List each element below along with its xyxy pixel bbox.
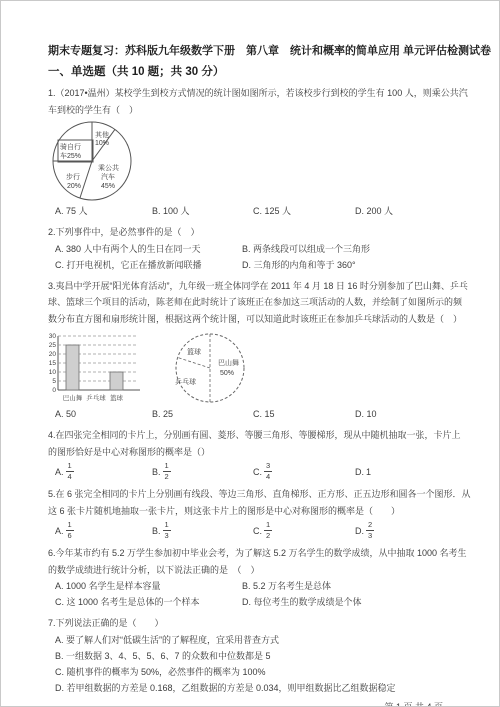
pie-slice-label: 巴山舞 bbox=[218, 358, 239, 367]
option-d: D. 200 人 bbox=[355, 203, 393, 219]
pie-slice-label: 步行 bbox=[66, 172, 80, 181]
question-3: 3.夷昌中学开展“阳光体育活动”，九年级一班全体同学在 2011 年 4 月 1… bbox=[48, 278, 465, 423]
fraction-numerator: 1 bbox=[66, 521, 74, 531]
option-c: C. 12 bbox=[253, 521, 355, 540]
option-label: A. bbox=[55, 522, 64, 540]
option-label: D. bbox=[355, 463, 364, 481]
option-c: C. 随机事件的概率为 50%，必然事件的概率为 100% bbox=[48, 664, 465, 680]
question-7-options: A. 要了解人们对“低碳生活”的了解程度，宜采用普查方式 B. 一组数据 3、4… bbox=[48, 632, 465, 696]
x-category-label: 乒乓球 bbox=[86, 393, 106, 402]
option-a: A. 75 人 bbox=[55, 203, 152, 219]
option-a: A. 16 bbox=[55, 521, 152, 540]
option-b: B. 12 bbox=[152, 462, 253, 481]
fraction-denominator: 3 bbox=[366, 531, 374, 540]
question-6-text-line: 6.今年某市约有 5.2 万学生参加初中毕业会考，为了解这 5.2 万名学生的数… bbox=[48, 545, 465, 562]
question-3-text-line: 球、篮球三个项目的活动，陈老师在此时统计了该班正在参加这三项活动的人数，并绘制了… bbox=[48, 294, 465, 311]
question-1: 1.（2017•温州）某校学生到校方式情况的统计图如图所示，若该校步行到校的学生… bbox=[48, 85, 465, 219]
fraction-numerator: 1 bbox=[66, 462, 74, 472]
option-c: C. 打开电视机，它正在播放新闻联播 bbox=[55, 257, 242, 273]
question-5-options: A. 16 B. 13 C. 12 D. 23 bbox=[48, 521, 465, 540]
fraction: 34 bbox=[264, 462, 272, 481]
question-3-options: A. 50 B. 25 C. 15 D. 10 bbox=[48, 406, 465, 422]
option-c: C. 34 bbox=[253, 462, 355, 481]
pie-slice-label: 乒乓球 bbox=[175, 377, 196, 386]
y-tick: 10 bbox=[49, 369, 57, 376]
option-b: B. 一组数据 3、4、5、5、6、7 的众数和中位数都是 5 bbox=[48, 648, 465, 664]
x-category-label: 篮球 bbox=[110, 393, 124, 402]
fraction-numerator: 2 bbox=[366, 521, 374, 531]
doc-title: 期末专题复习：苏科版九年级数学下册 第八章 统计和概率的简单应用 单元评估检测试… bbox=[48, 43, 465, 59]
pie-slice-value: 45% bbox=[101, 183, 115, 190]
question-7-text-line: 7.下列说法正确的是（ ） bbox=[48, 615, 465, 632]
option-d: D. 1 bbox=[355, 463, 371, 481]
fraction-denominator: 4 bbox=[264, 472, 272, 481]
x-category-label: 巴山舞 bbox=[63, 393, 83, 402]
option-c: C. 125 人 bbox=[253, 203, 355, 219]
fraction: 16 bbox=[66, 521, 74, 540]
q3-activity-histogram: 30 25 20 15 10 5 0 巴山舞 乒乓球 篮球 bbox=[38, 332, 146, 404]
question-1-text-line: 1.（2017•温州）某校学生到校方式情况的统计图如图所示，若该校步行到校的学生… bbox=[48, 85, 465, 102]
fraction: 12 bbox=[264, 521, 272, 540]
option-a: A. 50 bbox=[55, 406, 152, 422]
fraction: 12 bbox=[163, 462, 171, 481]
question-2-text-line: 2.下列事件中，是必然事件的是（ ） bbox=[48, 224, 465, 241]
option-d: D. 三角形的内角和等于 360° bbox=[242, 257, 465, 273]
question-4-text-line: 4.在四张完全相同的卡片上，分别画有圆、菱形、等腰三角形、等腰梯形，现从中随机抽… bbox=[48, 427, 465, 444]
question-3-text-line: 数分布直方图和扇形统计图，根据这两个统计图，可以知道此时该班正在参加乒乓球活动的… bbox=[48, 311, 465, 328]
option-d: D. 23 bbox=[355, 521, 374, 540]
y-tick: 20 bbox=[49, 351, 57, 358]
fraction: 14 bbox=[66, 462, 74, 481]
pie-slice-label: 篮球 bbox=[187, 347, 201, 356]
pie-slice-label: 骑自行 bbox=[60, 142, 81, 151]
question-1-text-line: 车到校的学生有（ ） bbox=[48, 102, 465, 119]
option-label: D. bbox=[355, 522, 364, 540]
pie-slice-value: 车25% bbox=[60, 151, 81, 160]
y-tick: 5 bbox=[52, 378, 56, 385]
option-d: D. 每位考生的数学成绩是个体 bbox=[242, 594, 465, 610]
option-value: 1 bbox=[366, 463, 371, 481]
question-3-figures: 30 25 20 15 10 5 0 巴山舞 乒乓球 篮球 篮球 乒乓球 巴山舞… bbox=[38, 330, 465, 406]
option-b: B. 两条线段可以组成一个三角形 bbox=[242, 241, 465, 257]
question-4-options: A. 14 B. 12 C. 34 D. 1 bbox=[48, 462, 465, 481]
option-c: C. 15 bbox=[253, 406, 355, 422]
question-3-text-line: 3.夷昌中学开展“阳光体育活动”，九年级一班全体同学在 2011 年 4 月 1… bbox=[48, 278, 465, 295]
pie-slice-label: 乘公共 bbox=[98, 163, 119, 172]
pie-slice-value: 50% bbox=[220, 370, 234, 377]
option-a: A. 14 bbox=[55, 462, 152, 481]
fraction-numerator: 1 bbox=[163, 462, 171, 472]
y-tick: 25 bbox=[49, 342, 57, 349]
question-6-text-line: 的数学成绩进行统计分析，以下说法正确的是 （ ） bbox=[48, 562, 465, 579]
q1-transport-pie-chart: 其他 10% 骑自行 车25% 步行 20% 乘公共 汽车 45% bbox=[45, 119, 145, 203]
option-label: B. bbox=[152, 463, 161, 481]
page-footer: 第 1 页 共 4 页 bbox=[48, 700, 465, 707]
option-a: A. 要了解人们对“低碳生活”的了解程度，宜采用普查方式 bbox=[48, 632, 465, 648]
bar-bashanwu bbox=[66, 345, 79, 390]
question-6-options: A. 1000 名学生是样本容量 B. 5.2 万名考生是总体 C. 这 100… bbox=[48, 578, 465, 610]
question-2: 2.下列事件中，是必然事件的是（ ） A. 380 人中有两个人的生日在同一天 … bbox=[48, 224, 465, 273]
pie-slice-value: 20% bbox=[67, 183, 81, 190]
q3-activity-pie-chart: 篮球 乒乓球 巴山舞 50% bbox=[160, 330, 264, 406]
option-b: B. 100 人 bbox=[152, 203, 253, 219]
question-5-text-line: 这 6 张卡片随机地抽取一张卡片，则这张卡片上的图形是中心对称图形的概率是（ ） bbox=[48, 503, 465, 520]
fraction-numerator: 1 bbox=[264, 521, 272, 531]
option-a: A. 1000 名学生是样本容量 bbox=[55, 578, 242, 594]
option-d: D. 若甲组数据的方差是 0.168，乙组数据的方差是 0.034，则甲组数据比… bbox=[48, 680, 465, 696]
option-b: B. 5.2 万名考生是总体 bbox=[242, 578, 465, 594]
option-b: B. 25 bbox=[152, 406, 253, 422]
question-1-options: A. 75 人 B. 100 人 C. 125 人 D. 200 人 bbox=[48, 203, 465, 219]
question-5-text-line: 5.在 6 张完全相同的卡片上分别画有线段、等边三角形、直角梯形、正方形、正五边… bbox=[48, 486, 465, 503]
fraction: 13 bbox=[163, 521, 171, 540]
option-c: C. 这 1000 名考生是总体的一个样本 bbox=[55, 594, 242, 610]
fraction-numerator: 3 bbox=[264, 462, 272, 472]
fraction-denominator: 2 bbox=[163, 472, 171, 481]
question-7: 7.下列说法正确的是（ ） A. 要了解人们对“低碳生活”的了解程度，宜采用普查… bbox=[48, 615, 465, 696]
pie-slice-label: 汽车 bbox=[101, 172, 115, 181]
fraction-numerator: 1 bbox=[163, 521, 171, 531]
bar-lanqiu bbox=[110, 372, 123, 390]
fraction-denominator: 4 bbox=[66, 472, 74, 481]
y-tick: 15 bbox=[49, 360, 57, 367]
y-tick: 30 bbox=[49, 333, 57, 340]
option-a: A. 380 人中有两个人的生日在同一天 bbox=[55, 241, 242, 257]
fraction: 23 bbox=[366, 521, 374, 540]
option-label: C. bbox=[253, 522, 262, 540]
question-4: 4.在四张完全相同的卡片上，分别画有圆、菱形、等腰三角形、等腰梯形，现从中随机抽… bbox=[48, 427, 465, 481]
option-d: D. 10 bbox=[355, 406, 377, 422]
fraction-denominator: 2 bbox=[264, 531, 272, 540]
question-4-text-line: 的图形恰好是中心对称图形的概率是（） bbox=[48, 444, 465, 461]
fraction-denominator: 3 bbox=[163, 531, 171, 540]
option-label: A. bbox=[55, 463, 64, 481]
fraction-denominator: 6 bbox=[66, 531, 74, 540]
question-2-options: A. 380 人中有两个人的生日在同一天 B. 两条线段可以组成一个三角形 C.… bbox=[48, 241, 465, 273]
pie-slice-value: 10% bbox=[95, 140, 109, 147]
pie-slice-label: 其他 bbox=[95, 130, 109, 139]
question-6: 6.今年某市约有 5.2 万学生参加初中毕业会考，为了解这 5.2 万名学生的数… bbox=[48, 545, 465, 610]
option-label: B. bbox=[152, 522, 161, 540]
question-5: 5.在 6 张完全相同的卡片上分别画有线段、等边三角形、直角梯形、正方形、正五边… bbox=[48, 486, 465, 540]
y-tick: 0 bbox=[52, 387, 56, 394]
option-b: B. 13 bbox=[152, 521, 253, 540]
section-heading: 一、单选题（共 10 题；共 30 分） bbox=[48, 64, 465, 80]
option-label: C. bbox=[253, 463, 262, 481]
